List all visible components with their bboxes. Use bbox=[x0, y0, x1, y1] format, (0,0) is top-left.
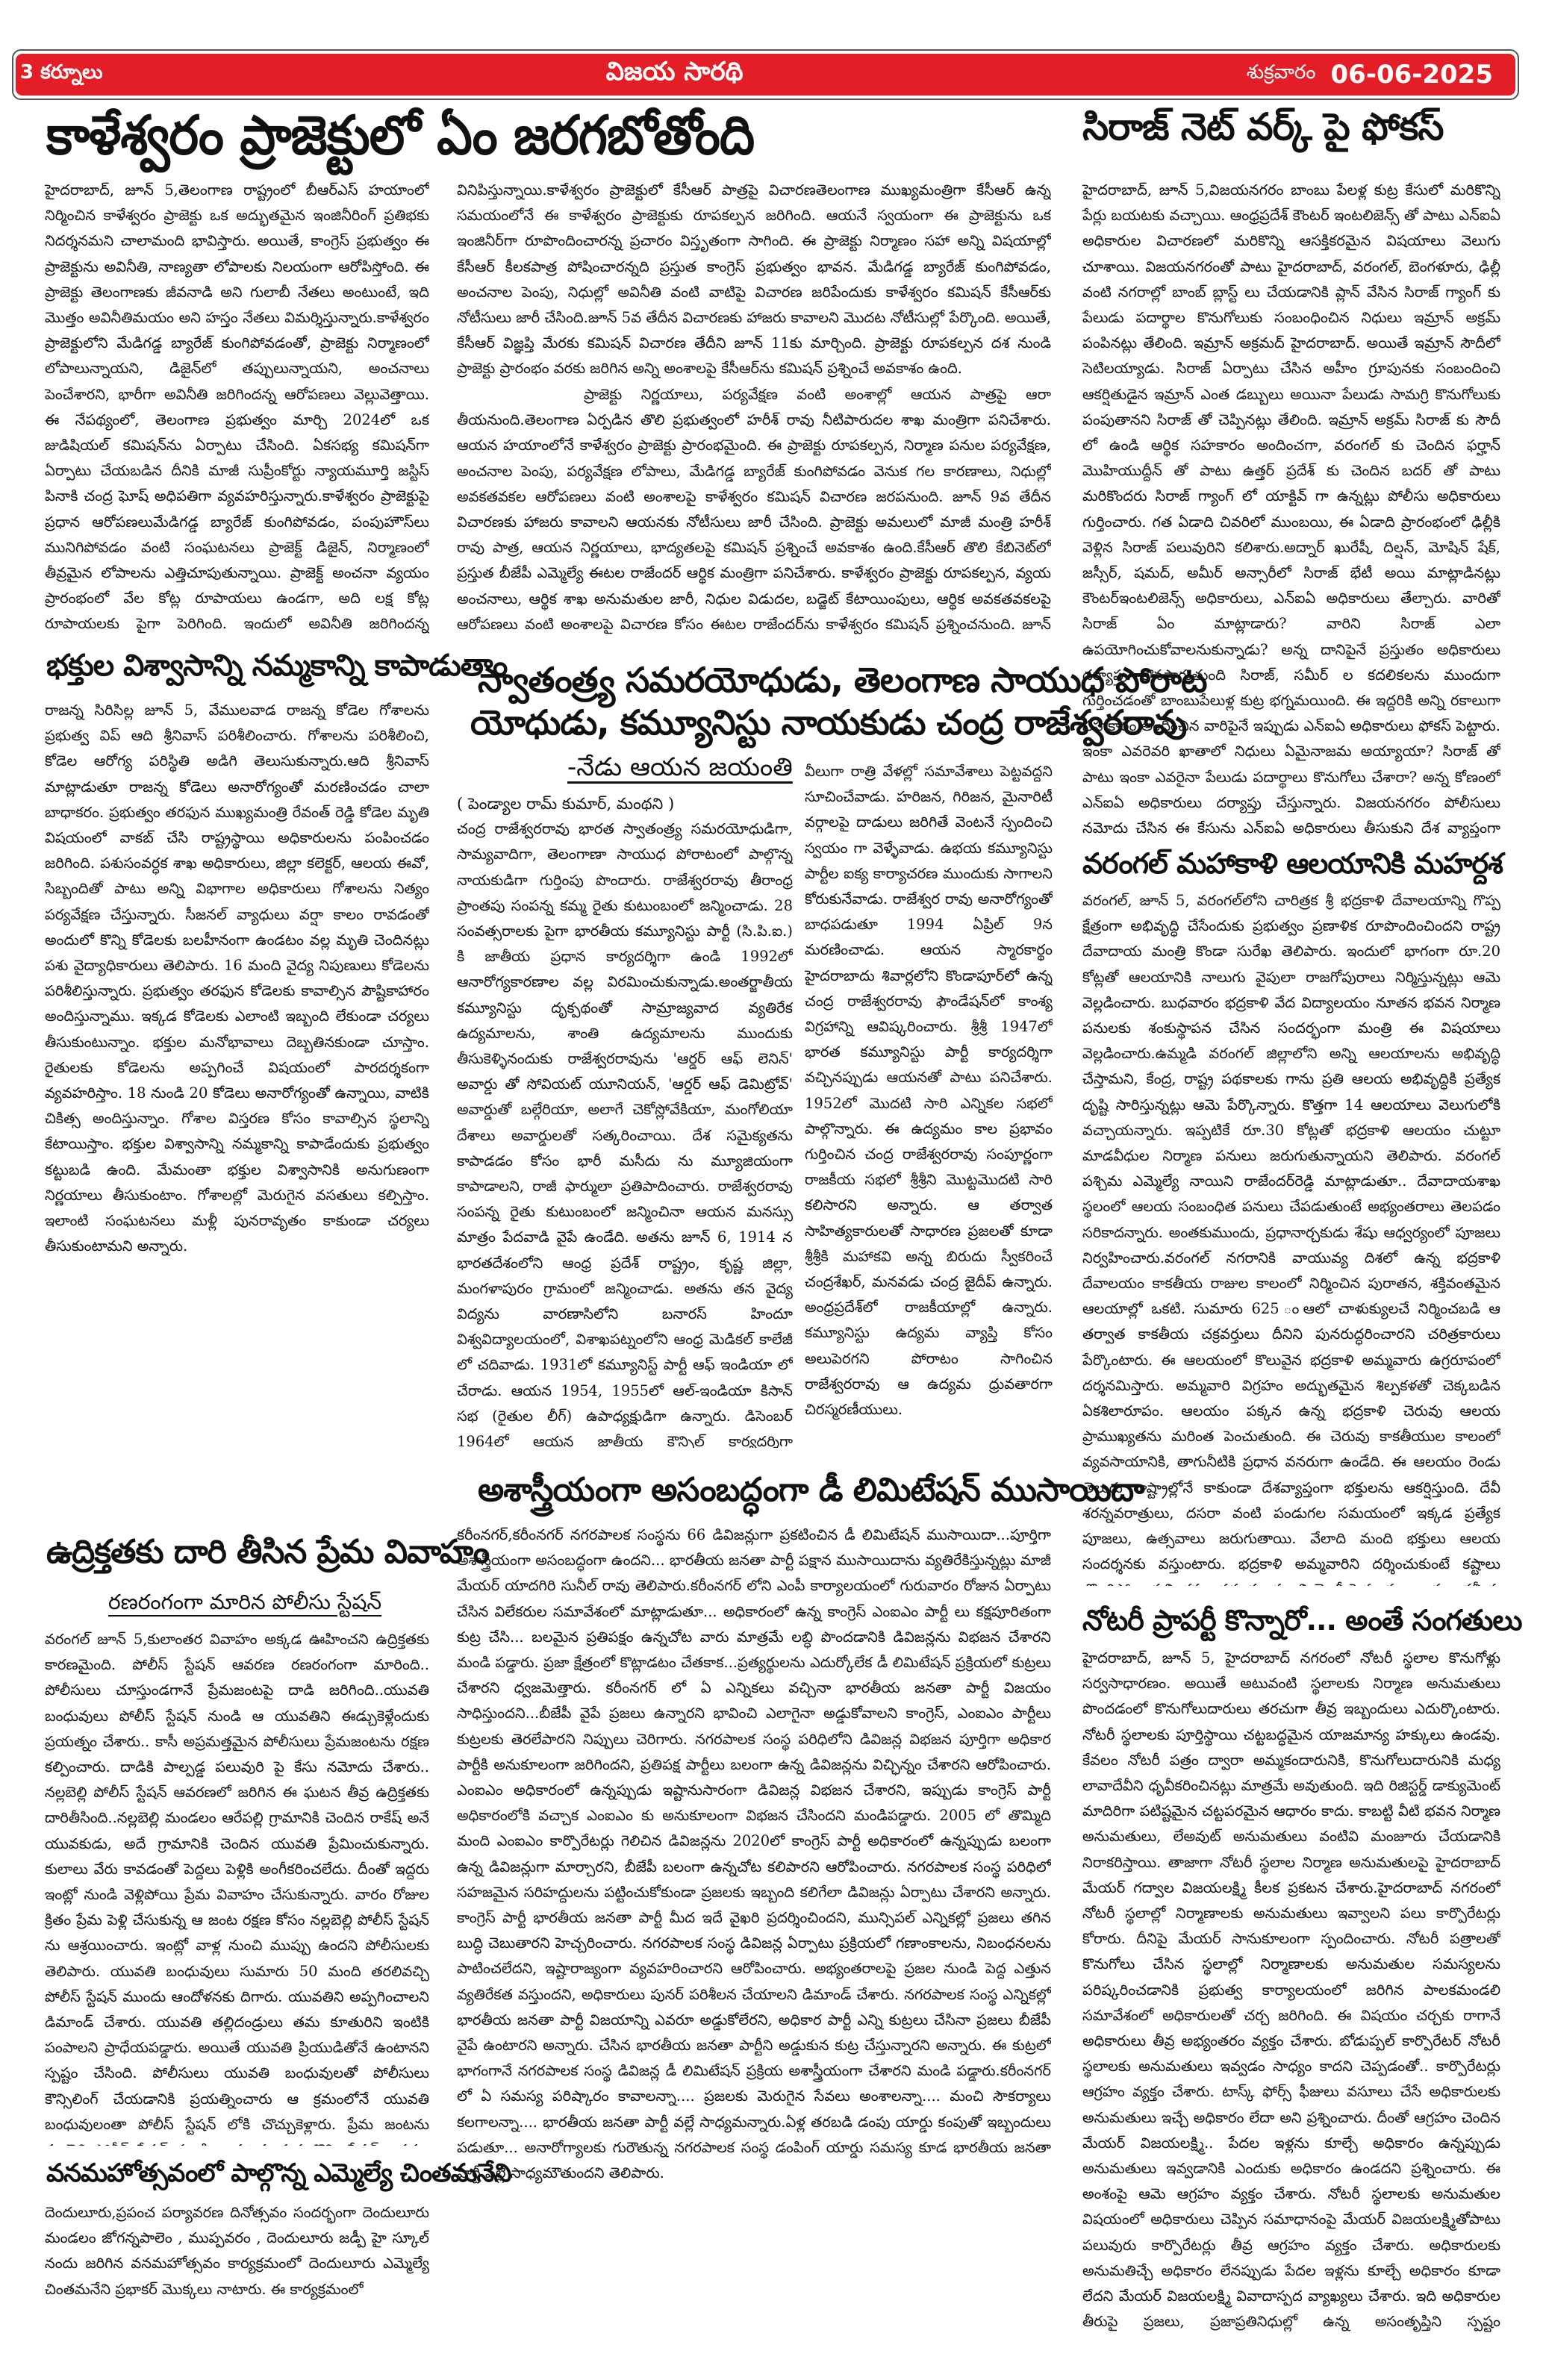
headline-siraj: సిరాజ్ నెట్ వర్క్ పై ఫోకస్ bbox=[1082, 108, 1500, 146]
headline-crr-line2: యోధుడు, కమ్యూనిస్టు నాయకుడు చంద్ర రాజేశ్… bbox=[470, 705, 1053, 740]
headline-notary: నోటరీ ప్రాపర్టీ కొన్నారో... అంతే సంగతులు bbox=[1082, 1606, 1500, 1634]
article-body-kaleshwaram-middle-2: ప్రాజెక్టు నిర్ణయాలు, పర్యవేక్షణ వంటి అం… bbox=[457, 382, 1051, 640]
article-body-kaleshwaram-middle: వినిపిస్తున్నాయి.కాళేశ్వరం ప్రాజెక్టులో … bbox=[457, 178, 1051, 381]
article-text: కరీంనగర్,కరీంనగర్ నగరపాలక సంస్థను 66 డివ… bbox=[457, 1522, 1051, 2186]
headline-love-marriage: ఉద్రిక్తతకు దారి తీసిన ప్రేమ వివాహం bbox=[46, 1536, 431, 1569]
article-text: వరంగల్ జూన్ 5,కులాంతర వివాహం అక్కడ ఊహించ… bbox=[45, 1627, 429, 2146]
article-body-notary: హైదరాబాద్, జూన్ 5, హైదరాబాద్ నగరంలో నోటర… bbox=[1082, 1646, 1500, 2332]
article-text: దెందులూరు,ప్రపంచ పర్యావరణ దినోత్సవం సందర… bbox=[45, 2200, 429, 2302]
article-body-crr-col2: వీలుగా రాత్రి వేళల్లో సమావేశాలు పెట్టవద్… bbox=[805, 759, 1053, 1449]
headline-vanamahotsavam: వనమహోత్సవంలో పాల్గొన్న ఎమ్మెల్యే చింతమనే… bbox=[46, 2161, 431, 2186]
headline-warangal: వరంగల్ మహాకాళి ఆలయానికి మహర్దశ bbox=[1082, 849, 1500, 878]
paper-name: విజయ సారథి bbox=[606, 57, 744, 93]
article-text: వరంగల్, జూన్ 5, వరంగల్‌లోని చారిత్రక శ్ర… bbox=[1082, 888, 1500, 1586]
article-body-vanamahotsavam: దెందులూరు,ప్రపంచ పర్యావరణ దినోత్సవం సందర… bbox=[45, 2200, 429, 2306]
article-body-warangal: వరంగల్, జూన్ 5, వరంగల్‌లోని చారిత్రక శ్ర… bbox=[1082, 888, 1500, 1586]
headline-bhaktula: భక్తుల విశ్వాసాన్ని నమ్మకాన్ని కాపాడుతాం bbox=[46, 651, 431, 681]
masthead-band: 3 కర్నూలు విజయ సారథి శుక్రవారం 06-06-202… bbox=[16, 54, 1515, 96]
byline: ( పెండ్యాల రామ్ కుమార్, మంథని ) bbox=[457, 791, 793, 816]
subhead-crr: -నేడు ఆయన జయంతి bbox=[567, 752, 793, 788]
day-label: శుక్రవారం bbox=[1247, 61, 1316, 88]
article-text: ప్రాజెక్టు నిర్ణయాలు, పర్యవేక్షణ వంటి అం… bbox=[457, 382, 1051, 640]
article-text: చంద్ర రాజేశ్వరరావు భారత స్వాతంత్ర్య సమరయ… bbox=[457, 816, 793, 1448]
article-body-delimitation: కరీంనగర్,కరీంనగర్ నగరపాలక సంస్థను 66 డివ… bbox=[457, 1522, 1051, 2306]
article-body-love-marriage: వరంగల్ జూన్ 5,కులాంతర వివాహం అక్కడ ఊహించ… bbox=[45, 1627, 429, 2146]
article-body-kaleshwaram-left: హైదరాబాద్, జూన్ 5,తెలంగాణ రాష్ట్రంలో బీఆ… bbox=[45, 178, 429, 634]
article-body-bhaktula: రాజన్న సిరిసిల్ల జూన్ 5, వేములవాడ రాజన్న… bbox=[45, 698, 429, 1522]
page-label: 3 కర్నూలు bbox=[20, 61, 102, 88]
subhead-love-marriage: రణరంగంగా మారిన పోలీసు స్టేషన్ bbox=[108, 1590, 381, 1620]
masthead: 3 కర్నూలు విజయ సారథి శుక్రవారం 06-06-202… bbox=[12, 49, 1519, 100]
headline-crr-line1: స్వాతంత్ర్య సమరయోధుడు, తెలంగాణ సాయుధ పోర… bbox=[478, 663, 1053, 697]
date-block: శుక్రవారం 06-06-2025 bbox=[1247, 60, 1493, 90]
article-text: హైదరాబాద్, జూన్ 5, హైదరాబాద్ నగరంలో నోటర… bbox=[1082, 1646, 1500, 2332]
article-text: వీలుగా రాత్రి వేళల్లో సమావేశాలు పెట్టవద్… bbox=[805, 759, 1053, 1422]
headline-kaleshwaram: కాళేశ్వరం ప్రాజెక్టులో ఏం జరగబోతోంది bbox=[46, 108, 970, 162]
headline-delimitation: అశాస్త్రీయంగా అసంబద్ధంగా డీ లిమిటేషన్ ము… bbox=[478, 1474, 1053, 1507]
article-text: రాజన్న సిరిసిల్ల జూన్ 5, వేములవాడ రాజన్న… bbox=[45, 698, 429, 1259]
date-label: 06-06-2025 bbox=[1331, 60, 1493, 90]
article-body-crr-col1: ( పెండ్యాల రామ్ కుమార్, మంథని ) చంద్ర రా… bbox=[457, 791, 793, 1448]
article-text: హైదరాబాద్, జూన్ 5,తెలంగాణ రాష్ట్రంలో బీఆ… bbox=[45, 178, 429, 634]
article-text: వినిపిస్తున్నాయి.కాళేశ్వరం ప్రాజెక్టులో … bbox=[457, 178, 1051, 381]
